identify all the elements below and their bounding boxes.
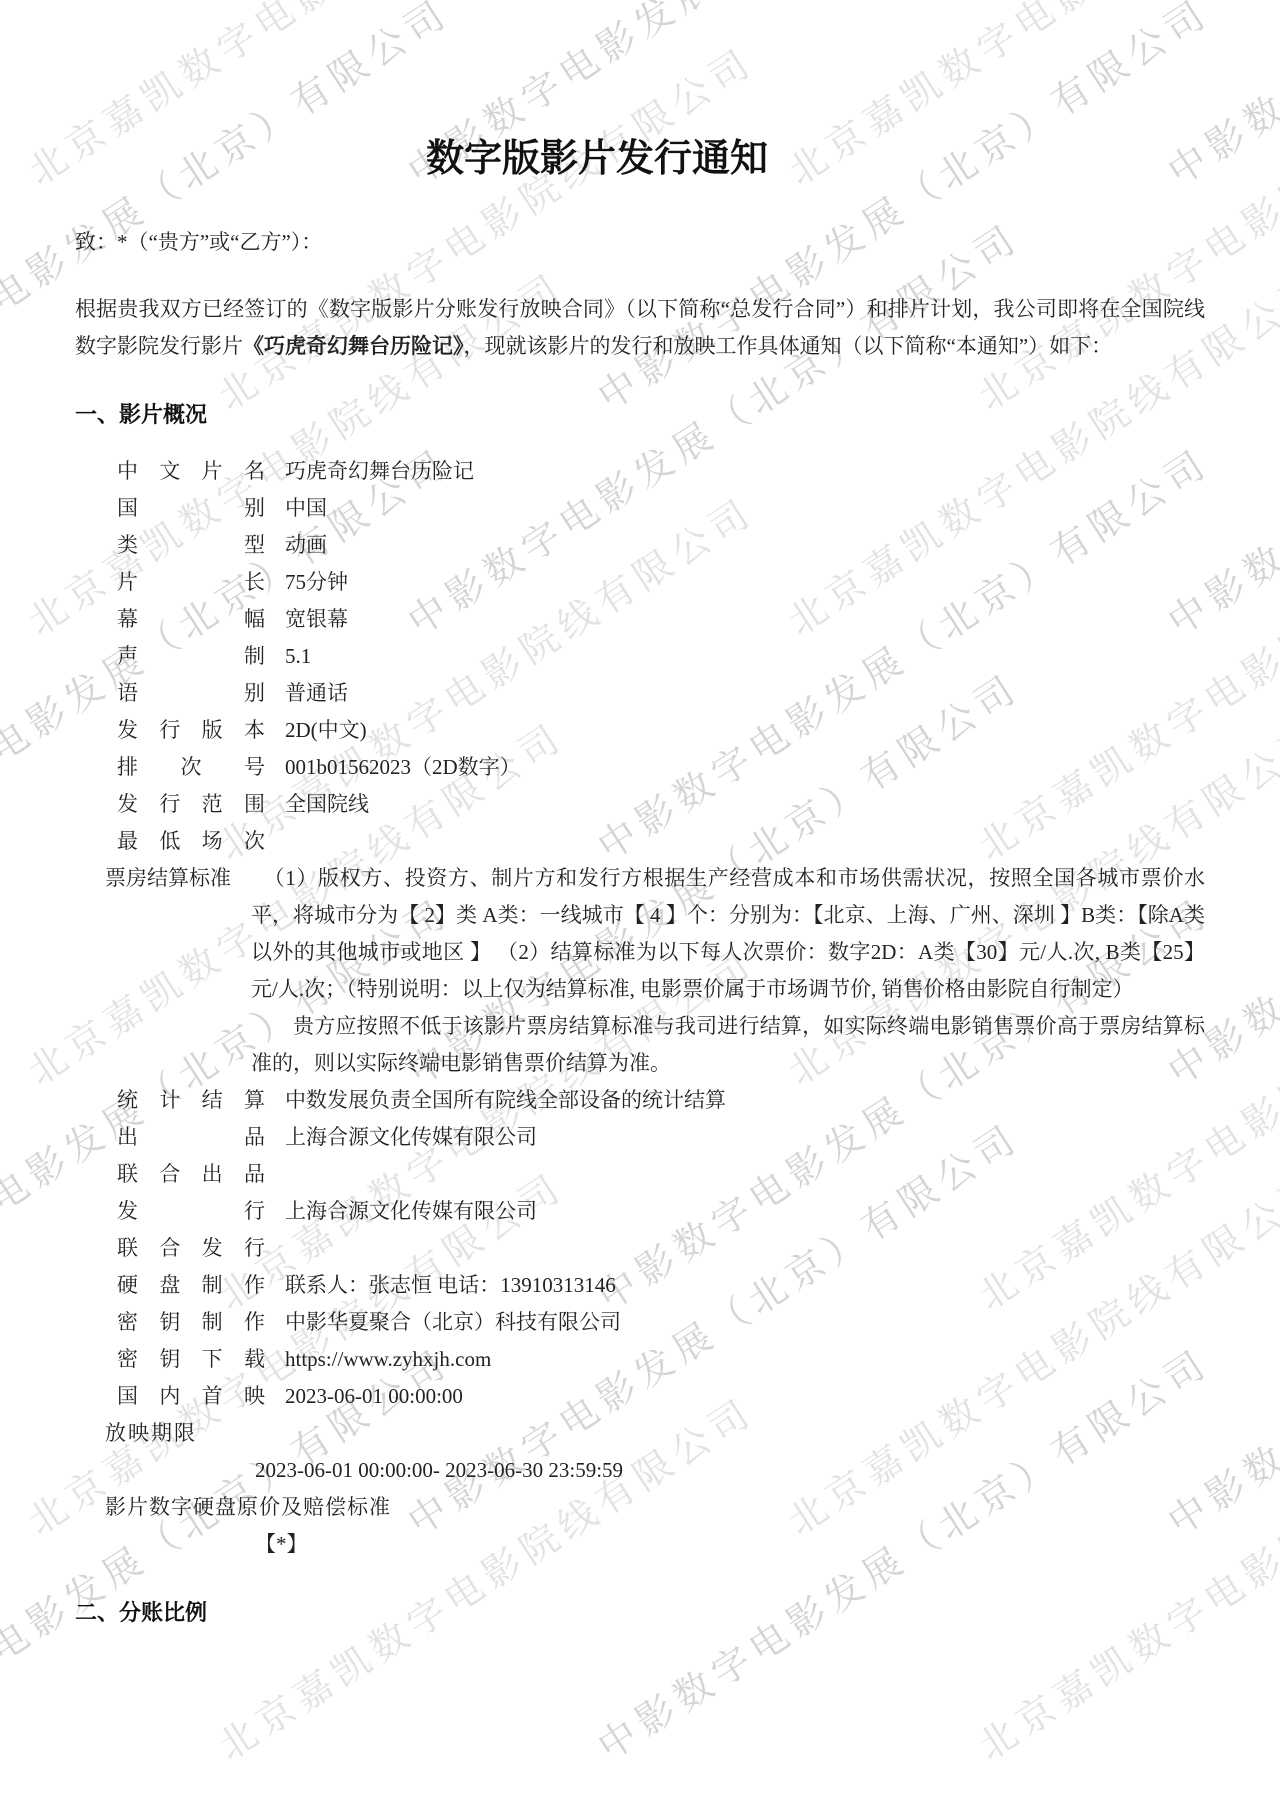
salutation-line: 致：*（“贵方”或“乙方”）： — [75, 224, 1205, 261]
document-content: 数字版影片发行通知 致：*（“贵方”或“乙方”）： 根据贵我双方已经签订的《数字… — [0, 138, 1280, 1629]
field-label: 密钥制作 — [117, 1304, 265, 1341]
field-value: （1）版权方、投资方、制片方和发行方根据生产经营成本和市场供需状况，按照全国各城… — [251, 860, 1205, 1082]
field-label: 发行版本 — [117, 712, 265, 749]
field-value: 5.1 — [285, 638, 311, 675]
field-paragraph: 贵方应按照不低于该影片票房结算标准与我司进行结算，如实际终端电影销售票价高于票房… — [251, 1008, 1205, 1082]
field-label: 国内首映 — [117, 1378, 265, 1415]
field-label: 发行范围 — [117, 786, 265, 823]
field-label: 最低场次 — [117, 823, 265, 860]
field-row: 国别中国 — [75, 490, 1205, 527]
field-row: 2023-06-01 00:00:00- 2023-06-30 23:59:59 — [75, 1452, 1205, 1489]
field-label: 出品 — [117, 1119, 265, 1156]
field-label: 发行 — [117, 1193, 265, 1230]
intro-text-after: ，现就该影片的发行和放映工作具体通知（以下简称“本通知”）如下： — [464, 334, 1113, 358]
field-value: 2023-06-01 00:00:00 — [285, 1378, 463, 1415]
section1-heading: 一、影片概况 — [75, 401, 1205, 431]
field-row: 票房结算标准（1）版权方、投资方、制片方和发行方根据生产经营成本和市场供需状况，… — [75, 860, 1205, 1082]
field-value: 75分钟 — [285, 564, 348, 601]
field-row: 放映期限 — [75, 1415, 1205, 1452]
field-row: 国内首映2023-06-01 00:00:00 — [75, 1378, 1205, 1415]
field-value: 中影华夏聚合（北京）科技有限公司 — [285, 1304, 621, 1341]
field-row: 密钥制作中影华夏聚合（北京）科技有限公司 — [75, 1304, 1205, 1341]
field-value: 001b01562023（2D数字） — [285, 749, 521, 786]
field-row: 硬盘制作联系人：张志恒 电话：13910313146 — [75, 1267, 1205, 1304]
field-value: 联系人：张志恒 电话：13910313146 — [285, 1267, 616, 1304]
field-value: 2023-06-01 00:00:00- 2023-06-30 23:59:59 — [255, 1452, 623, 1489]
field-label: 语别 — [117, 675, 265, 712]
field-value: 【*】 — [255, 1526, 308, 1563]
field-row: 联合发行 — [75, 1230, 1205, 1267]
field-value: 中国 — [285, 490, 327, 527]
field-label: 密钥下载 — [117, 1341, 265, 1378]
field-value: 普通话 — [285, 675, 348, 712]
field-row: 发行上海合源文化传媒有限公司 — [75, 1193, 1205, 1230]
field-row: 发行范围全国院线 — [75, 786, 1205, 823]
field-row: 【*】 — [75, 1526, 1205, 1563]
field-value: https://www.zyhxjh.com — [285, 1341, 491, 1378]
field-row: 语别普通话 — [75, 675, 1205, 712]
field-row: 最低场次 — [75, 823, 1205, 860]
field-label: 联合发行 — [117, 1230, 265, 1267]
intro-paragraph: 根据贵我双方已经签订的《数字版影片分账发行放映合同》（以下简称“总发行合同”）和… — [75, 291, 1205, 365]
field-label: 中文片名 — [117, 453, 265, 490]
field-row: 密钥下载https://www.zyhxjh.com — [75, 1341, 1205, 1378]
field-label: 排次号 — [117, 749, 265, 786]
field-label: 类型 — [117, 527, 265, 564]
field-value: 宽银幕 — [285, 601, 348, 638]
field-label: 票房结算标准 — [105, 860, 231, 897]
field-value: 上海合源文化传媒有限公司 — [285, 1193, 537, 1230]
field-row: 片长75分钟 — [75, 564, 1205, 601]
field-row: 联合出品 — [75, 1156, 1205, 1193]
field-label: 联合出品 — [117, 1156, 265, 1193]
field-value: 中数发展负责全国所有院线全部设备的统计结算 — [285, 1082, 726, 1119]
field-label: 声制 — [117, 638, 265, 675]
field-label: 放映期限 — [105, 1415, 265, 1452]
field-value: 动画 — [285, 527, 327, 564]
field-row: 发行版本2D(中文) — [75, 712, 1205, 749]
page-title: 数字版影片发行通知 — [75, 138, 1205, 180]
field-row: 中文片名巧虎奇幻舞台历险记 — [75, 453, 1205, 490]
field-label: 幕幅 — [117, 601, 265, 638]
field-value: 巧虎奇幻舞台历险记 — [285, 453, 474, 490]
section2-heading: 二、分账比例 — [75, 1599, 1205, 1629]
field-row: 类型动画 — [75, 527, 1205, 564]
field-value: 全国院线 — [285, 786, 369, 823]
field-label: 统计结算 — [117, 1082, 265, 1119]
field-label: 硬盘制作 — [117, 1267, 265, 1304]
field-paragraph: （1）版权方、投资方、制片方和发行方根据生产经营成本和市场供需状况，按照全国各城… — [251, 860, 1205, 1008]
field-row: 统计结算中数发展负责全国所有院线全部设备的统计结算 — [75, 1082, 1205, 1119]
field-label: 国别 — [117, 490, 265, 527]
field-label: 影片数字硬盘原价及赔偿标准 — [105, 1489, 391, 1526]
field-row: 幕幅宽银幕 — [75, 601, 1205, 638]
field-value: 2D(中文) — [285, 712, 367, 749]
film-overview-fields: 中文片名巧虎奇幻舞台历险记国别中国类型动画片长75分钟幕幅宽银幕声制5.1语别普… — [75, 453, 1205, 1563]
field-row: 排次号001b01562023（2D数字） — [75, 749, 1205, 786]
document-page: 中影数字电影发展（北京）有限公司北京嘉凯数字电影院线有限公司中影数字电影发展（北… — [0, 0, 1280, 1811]
field-row: 影片数字硬盘原价及赔偿标准 — [75, 1489, 1205, 1526]
field-label: 片长 — [117, 564, 265, 601]
field-value: 上海合源文化传媒有限公司 — [285, 1119, 537, 1156]
field-row: 出品上海合源文化传媒有限公司 — [75, 1119, 1205, 1156]
film-title: 《巧虎奇幻舞台历险记》 — [243, 334, 464, 358]
field-row: 声制5.1 — [75, 638, 1205, 675]
